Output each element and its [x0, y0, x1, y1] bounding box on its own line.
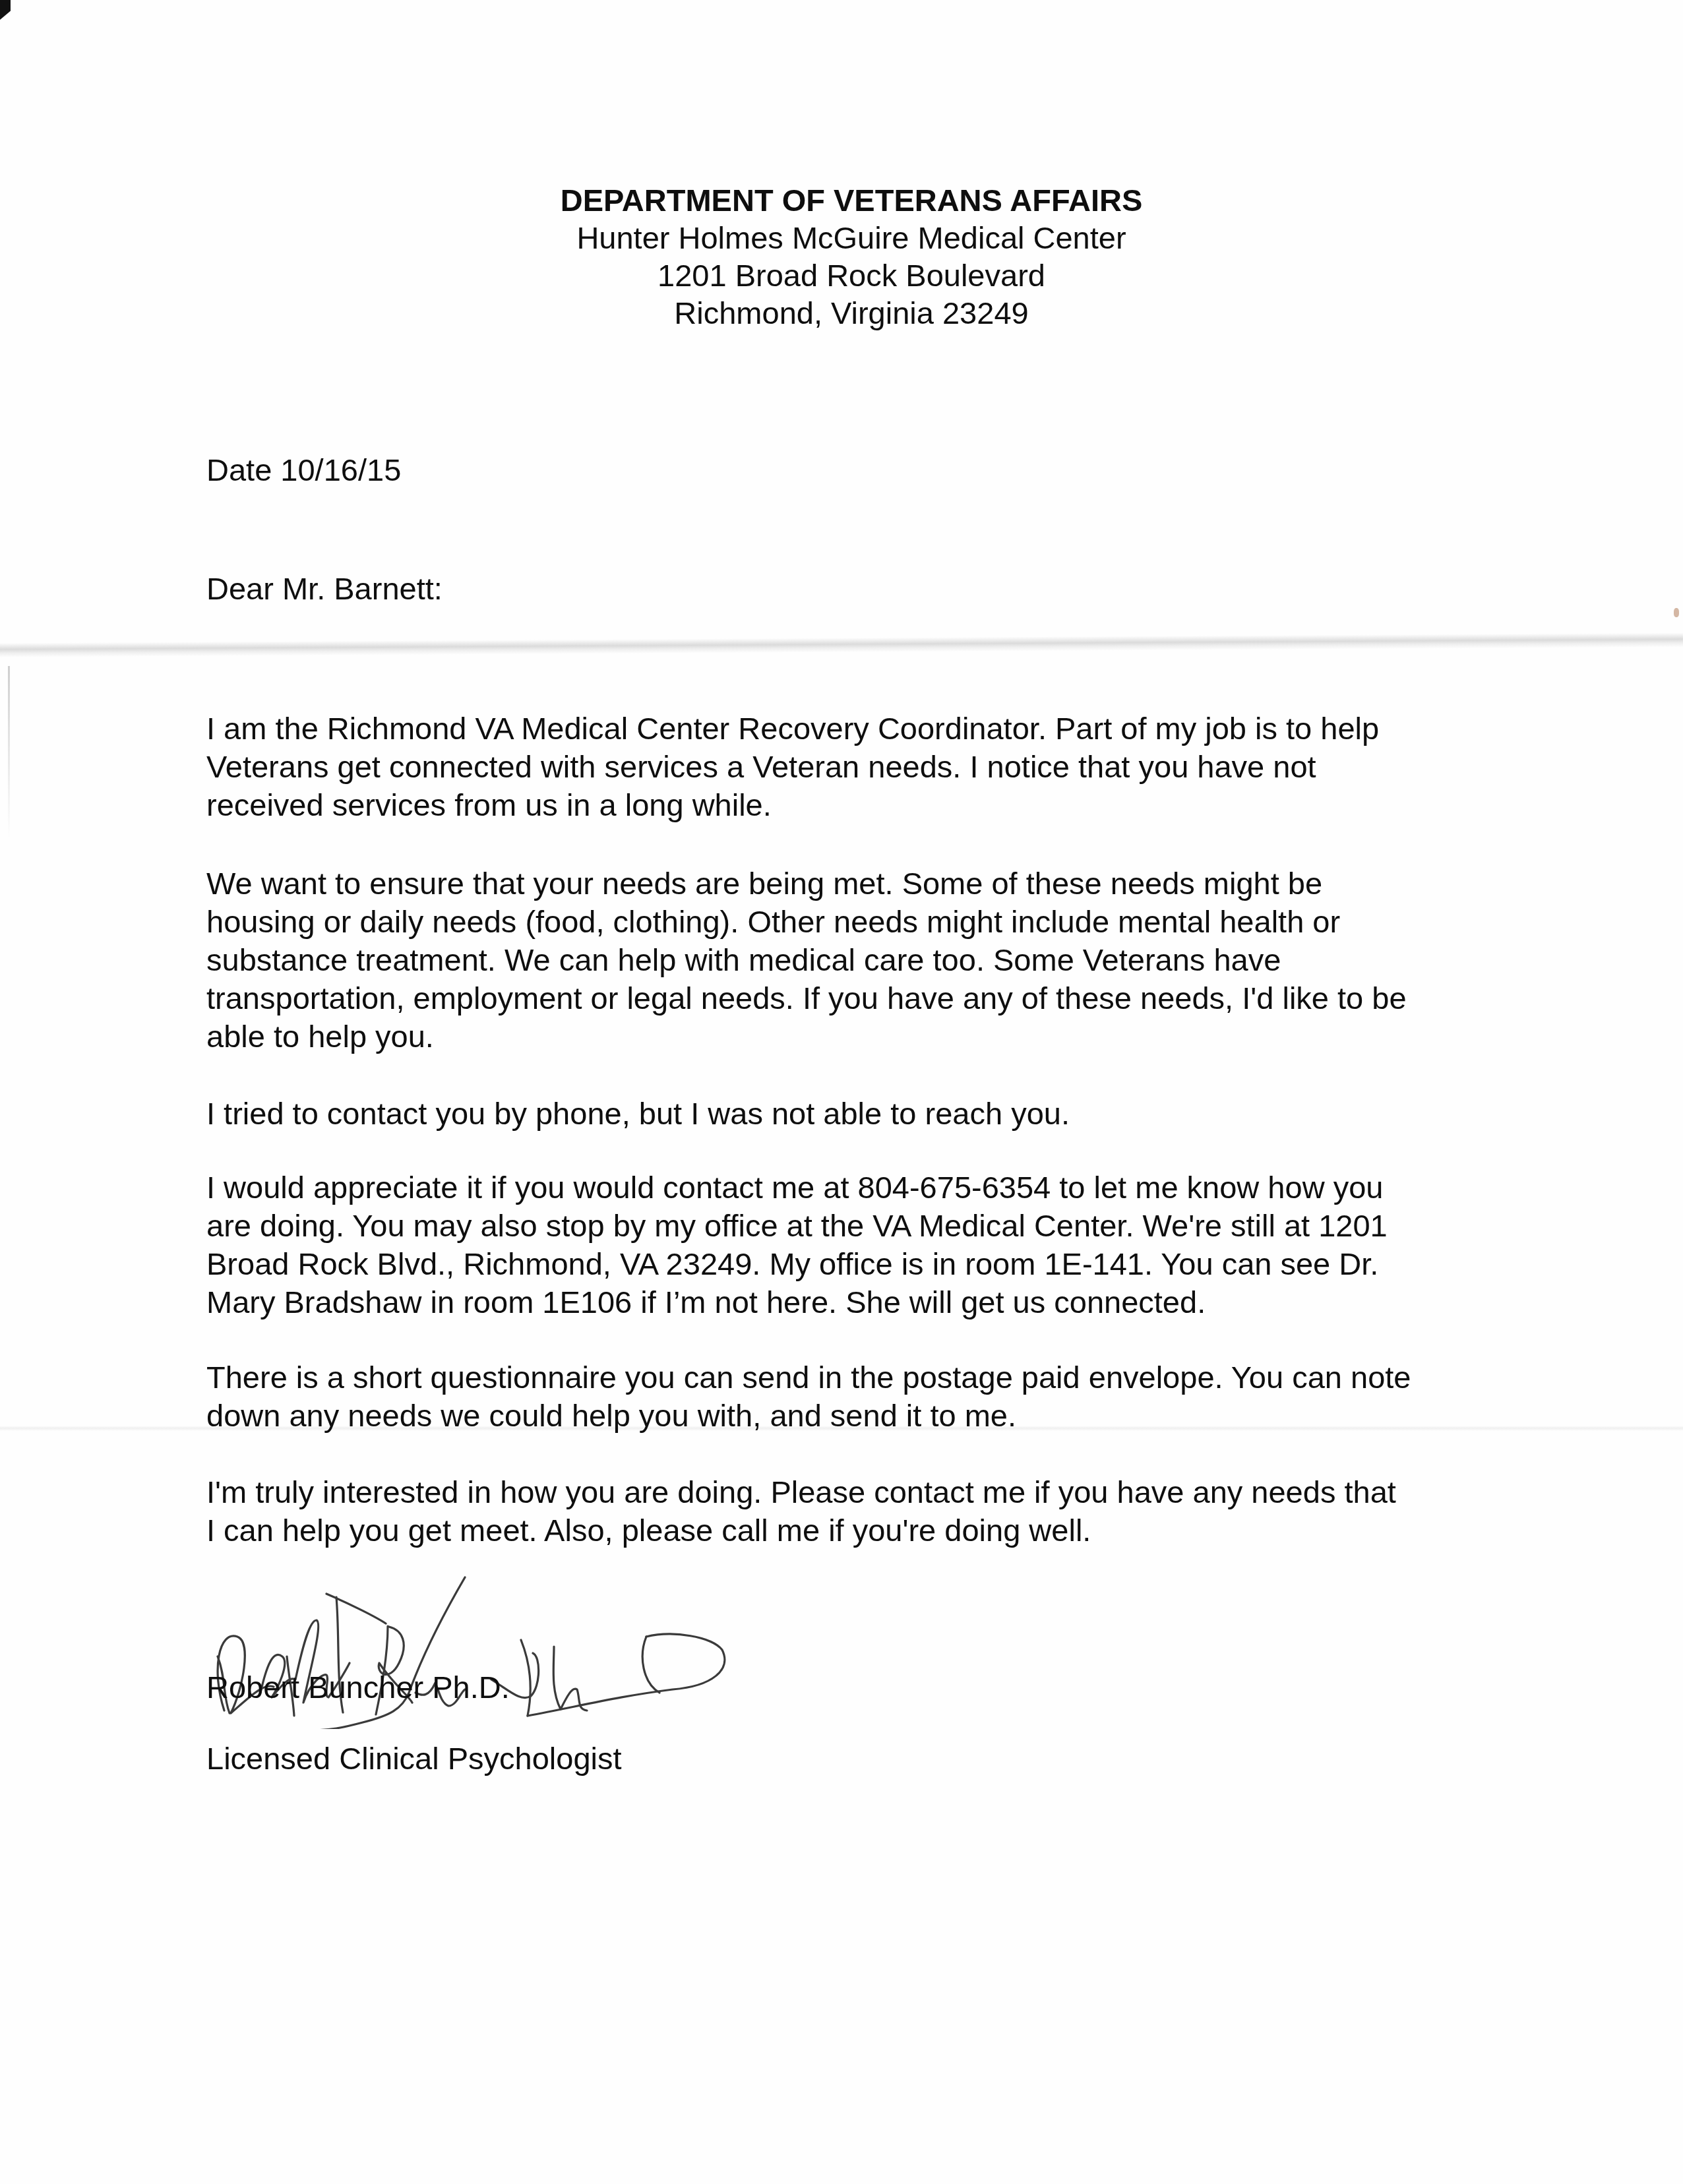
paragraph-line: I tried to contact you by phone, but I w… [206, 1095, 1070, 1133]
paper-fold-line [0, 632, 1683, 657]
paper-edge-shadow [8, 666, 10, 837]
paragraph-closing: I'm truly interested in how you are doin… [206, 1473, 1396, 1550]
paragraph-questionnaire: There is a short questionnaire you can s… [206, 1358, 1411, 1435]
paragraph-line: are doing. You may also stop by my offic… [206, 1207, 1388, 1245]
paper-speck [1674, 608, 1679, 617]
paragraph-line: I can help you get meet. Also, please ca… [206, 1511, 1396, 1550]
salutation: Dear Mr. Barnett: [206, 570, 443, 608]
paragraph-line: transportation, employment or legal need… [206, 979, 1407, 1017]
letter-date: Date 10/16/15 [206, 451, 401, 489]
paragraph-phone-attempt: I tried to contact you by phone, but I w… [206, 1095, 1070, 1133]
paragraph-line: Mary Bradshaw in room 1E106 if I’m not h… [206, 1283, 1388, 1321]
signatory-title: Licensed Clinical Psychologist [206, 1740, 622, 1778]
paragraph-line: down any needs we could help you with, a… [206, 1397, 1411, 1435]
letterhead-city: Richmond, Virginia 23249 [545, 294, 1158, 332]
paragraph-line: housing or daily needs (food, clothing).… [206, 903, 1407, 941]
paragraph-intro: I am the Richmond VA Medical Center Reco… [206, 710, 1379, 824]
letterhead-facility: Hunter Holmes McGuire Medical Center [545, 219, 1158, 257]
paragraph-line: We want to ensure that your needs are be… [206, 864, 1407, 903]
paragraph-line: I would appreciate it if you would conta… [206, 1168, 1388, 1207]
paragraph-line: I'm truly interested in how you are doin… [206, 1473, 1396, 1511]
paragraph-line: Broad Rock Blvd., Richmond, VA 23249. My… [206, 1245, 1388, 1283]
letterhead: DEPARTMENT OF VETERANS AFFAIRS Hunter Ho… [545, 181, 1158, 332]
letter-page: DEPARTMENT OF VETERANS AFFAIRS Hunter Ho… [0, 0, 1683, 2184]
paragraph-line: Veterans get connected with services a V… [206, 748, 1379, 786]
letterhead-organization: DEPARTMENT OF VETERANS AFFAIRS [545, 181, 1158, 219]
paragraph-line: I am the Richmond VA Medical Center Reco… [206, 710, 1379, 748]
paragraph-contact-info: I would appreciate it if you would conta… [206, 1168, 1388, 1321]
paragraph-needs: We want to ensure that your needs are be… [206, 864, 1407, 1056]
signatory-name: Robert Buncher Ph.D. [206, 1668, 510, 1707]
scan-corner-mark [0, 0, 11, 20]
letterhead-street: 1201 Broad Rock Boulevard [545, 257, 1158, 294]
paragraph-line: able to help you. [206, 1017, 1407, 1056]
paragraph-line: substance treatment. We can help with me… [206, 941, 1407, 979]
paragraph-line: received services from us in a long whil… [206, 786, 1379, 824]
paragraph-line: There is a short questionnaire you can s… [206, 1358, 1411, 1397]
